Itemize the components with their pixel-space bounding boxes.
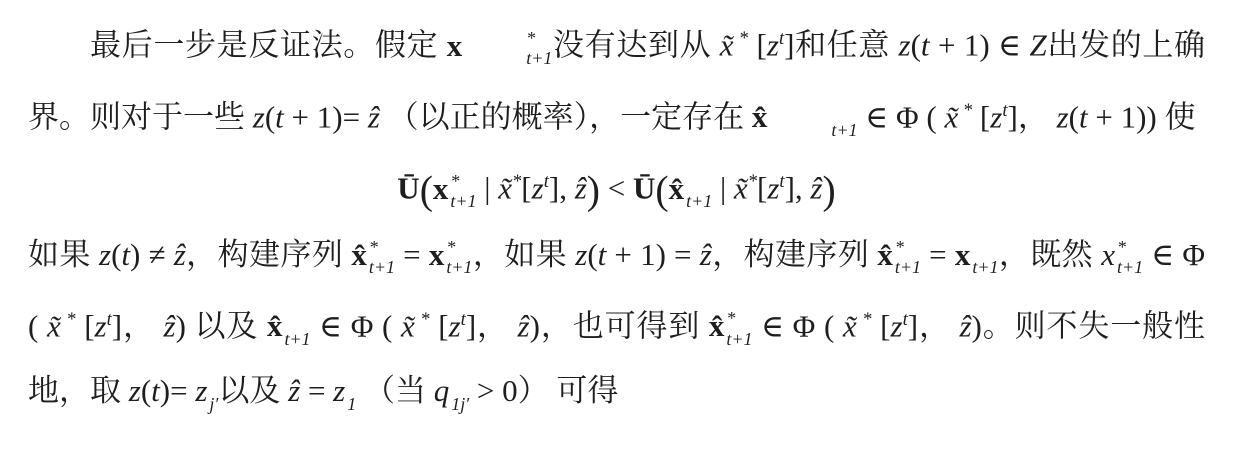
math-run: t xyxy=(1079,99,1088,134)
math-run: x̃ xyxy=(47,308,61,343)
script-stack: t+1 xyxy=(686,171,712,212)
script-stack: *t+1 xyxy=(464,28,552,69)
math-run: z xyxy=(767,171,779,206)
math-run: ) xyxy=(822,168,835,212)
math-run: ẑ xyxy=(164,308,176,343)
math-run: Ū xyxy=(633,171,655,206)
text-run: [ xyxy=(430,308,449,343)
script-stack: t+1 xyxy=(769,99,857,140)
math-run: Z xyxy=(1029,28,1046,63)
math-run: t xyxy=(275,99,284,134)
text-run: = xyxy=(921,237,955,272)
math-run: z xyxy=(449,308,461,343)
text-run: [ xyxy=(872,308,891,343)
text-run: > 0） 可得 xyxy=(469,373,618,408)
math-run: z xyxy=(99,237,111,272)
math-run: ẑ xyxy=(810,171,822,206)
text-run: ], xyxy=(549,171,575,206)
math-run: z xyxy=(990,99,1002,134)
math-run: x̃ xyxy=(944,99,958,134)
math-run: Ū xyxy=(397,171,419,206)
text-run: + 1) = xyxy=(606,237,699,272)
text-run: ∈ Φ ( xyxy=(752,308,842,343)
math-run: t xyxy=(921,28,930,63)
text-run: （以正的概率），一定存在 xyxy=(380,99,752,134)
text-run: ，既然 xyxy=(998,237,1101,272)
math-run: z xyxy=(575,237,587,272)
math-run: x̂*t+1 xyxy=(709,308,753,343)
paragraph-2: 如果 z(t) ≠ ẑ，构建序列 x̂*t+1 = x*t+1，如果 z(t +… xyxy=(28,222,1205,424)
script-stack: *t+1 xyxy=(369,237,395,278)
math-run: x*t+1 xyxy=(447,28,553,63)
math-run: * xyxy=(748,171,757,192)
math-run: x̃ xyxy=(734,171,748,206)
math-run: z xyxy=(890,308,902,343)
text-run: 如果 xyxy=(28,237,99,272)
math-run: x̂*t+1 xyxy=(351,237,395,272)
text-run: + 1) ∈ xyxy=(930,28,1030,63)
text-run: )，也可得到 xyxy=(530,308,709,343)
text-run: ( xyxy=(911,28,921,63)
math-run: z j′ xyxy=(195,373,218,408)
text-run: [ xyxy=(521,171,531,206)
math-run: q 1j′ xyxy=(434,373,469,408)
math-run: x̂ t+1 xyxy=(669,171,713,206)
math-run: z 1 xyxy=(333,373,356,408)
text-run: | xyxy=(712,171,734,206)
script-stack: t+1 xyxy=(972,237,998,278)
text-run: ∈ Φ ( xyxy=(311,308,401,343)
math-run: x̃ xyxy=(843,308,857,343)
document-page: 最后一步是反证法。假定 x*t+1没有达到从 x̃ * [zt]和任意 z(t … xyxy=(0,0,1235,463)
paragraph-1: 最后一步是反证法。假定 x*t+1没有达到从 x̃ * [zt]和任意 z(t … xyxy=(28,6,1205,149)
text-run: [ xyxy=(748,28,767,63)
text-run: （当 xyxy=(356,373,434,408)
text-run: ，如果 xyxy=(472,237,575,272)
text-run: ( xyxy=(141,373,151,408)
math-run: x*t+1 xyxy=(433,171,477,206)
script-stack: *t+1 xyxy=(726,308,752,349)
text-run: [ xyxy=(757,171,767,206)
script-stack: *t+1 xyxy=(895,237,921,278)
math-run: ẑ xyxy=(368,99,380,134)
script-stack: 1j′ xyxy=(451,373,469,414)
text-run: 最后一步是反证法。假定 xyxy=(90,28,447,63)
text-run: = xyxy=(300,373,333,408)
math-run: x̃ xyxy=(401,308,415,343)
math-run: t xyxy=(121,237,130,272)
math-run: z xyxy=(253,99,265,134)
math-run: * xyxy=(415,309,430,330)
text-run: 没有达到从 xyxy=(552,28,719,63)
math-run: ẑ xyxy=(518,308,530,343)
text-run: ∈ Φ ( xyxy=(858,99,945,134)
math-run: z xyxy=(1057,99,1069,134)
text-run: ]， xyxy=(908,308,960,343)
text-run: ]， xyxy=(466,308,518,343)
math-run: ( xyxy=(655,168,668,212)
math-run: * xyxy=(734,28,749,49)
math-run: x̂*t+1 xyxy=(877,237,921,272)
text-run: ( xyxy=(1069,99,1079,134)
text-run: + 1)= xyxy=(284,99,368,134)
text-run: [ xyxy=(972,99,990,134)
math-run: ) xyxy=(587,168,600,212)
math-run: ( xyxy=(420,168,433,212)
math-run: ẑ xyxy=(575,171,587,206)
script-stack: *t+1 xyxy=(446,237,472,278)
math-run: t xyxy=(598,237,607,272)
math-run: * xyxy=(61,309,76,330)
text-run: ) ≠ xyxy=(130,237,174,272)
math-run: x t+1 xyxy=(955,237,999,272)
text-run: 以及 xyxy=(218,373,288,408)
text-run: ]和任意 xyxy=(784,28,898,63)
text-run: ( xyxy=(111,237,121,272)
math-run: * xyxy=(958,100,972,121)
display-equation: Ū(x*t+1 | x̃*[zt], ẑ) < Ū(x̂ t+1 | x̃*[z… xyxy=(28,149,1205,222)
text-run: ，构建序列 xyxy=(712,237,878,272)
math-run: z xyxy=(532,171,544,206)
text-run: ) 以及 xyxy=(176,308,267,343)
text-run: ( xyxy=(265,99,275,134)
math-run: z xyxy=(95,308,107,343)
math-run: * xyxy=(857,309,872,330)
script-stack: *t+1 xyxy=(450,171,476,212)
text-run: | xyxy=(477,171,499,206)
text-run: [ xyxy=(76,308,95,343)
text-run: ]， xyxy=(1008,99,1057,134)
text-run: < xyxy=(600,171,633,206)
math-run: x̃ xyxy=(720,28,734,63)
text-run: ，构建序列 xyxy=(186,237,352,272)
math-run: x*t+1 xyxy=(1101,237,1143,272)
text-run: ( xyxy=(587,237,597,272)
text-run: + 1)) 使 xyxy=(1088,99,1196,134)
math-run: z xyxy=(129,373,141,408)
math-run: * xyxy=(512,171,521,192)
math-run: t xyxy=(151,373,160,408)
text-run: ]， xyxy=(112,308,164,343)
script-stack: t+1 xyxy=(284,308,310,349)
math-run: x̂ t+1 xyxy=(267,308,311,343)
math-run: x*t+1 xyxy=(429,237,473,272)
text-run: ], xyxy=(785,171,811,206)
text-run: = xyxy=(395,237,429,272)
math-run: x̂ t+1 xyxy=(752,99,858,134)
math-run: x̃ xyxy=(498,171,512,206)
math-run: ẑ xyxy=(288,373,300,408)
math-run: ẑ xyxy=(174,237,186,272)
math-run: ẑ xyxy=(700,237,712,272)
math-run: z xyxy=(767,28,779,63)
script-stack: *t+1 xyxy=(1117,237,1143,278)
script-stack: 1 xyxy=(347,373,356,414)
math-run: ẑ xyxy=(959,308,971,343)
math-run: z xyxy=(899,28,911,63)
text-run: )= xyxy=(160,373,196,408)
